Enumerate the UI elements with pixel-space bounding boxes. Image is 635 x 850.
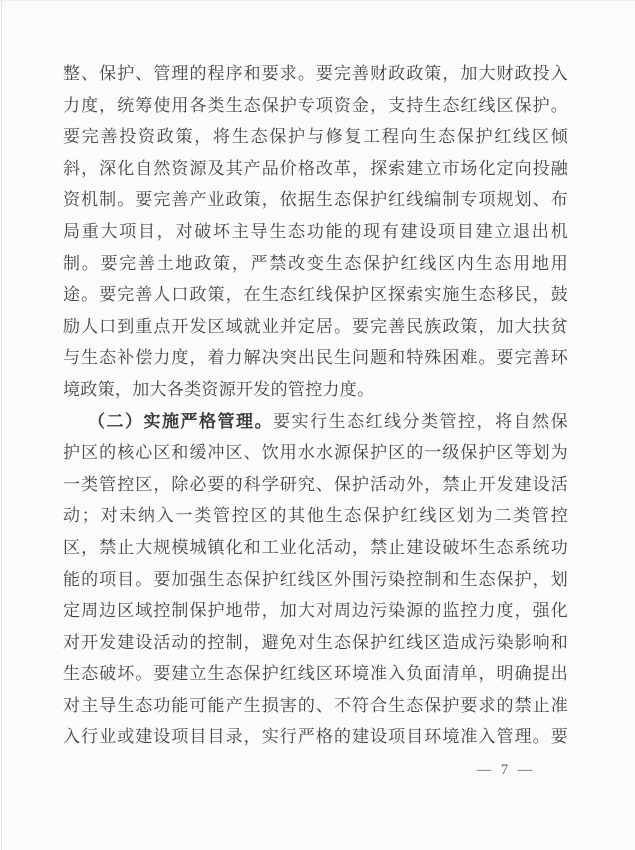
text-line: 动；对未纳入一类管控区的其他生态保护红线区划为二类管控	[63, 500, 568, 532]
text-line: 入行业或建设项目目录，实行严格的建设项目环境准入管理。要	[63, 721, 568, 753]
text-line: 励人口到重点开发区域就业并定居。要完善民族政策，加大扶贫	[63, 311, 568, 343]
text-line: 制。要完善土地政策，严禁改变生态保护红线区内生态用地用	[63, 248, 568, 280]
text-line: 斜，深化自然资源及其产品价格改革，探索建立市场化定向投融	[63, 153, 568, 185]
text-line: 力度，统筹使用各类生态保护专项资金，支持生态红线区保护。	[63, 90, 568, 122]
section-heading-line: （二）实施严格管理。要实行生态红线分类管控，将自然保	[63, 406, 568, 438]
text-line: 对主导生态功能可能产生损害的、不符合生态保护要求的禁止准	[63, 690, 568, 722]
text-run: 要实行生态红线分类管控，将自然保	[273, 412, 568, 431]
text-line: 对开发建设活动的控制，避免对生态保护红线区造成污染影响和	[63, 627, 568, 659]
text-line: 途。要完善人口政策，在生态红线保护区探索实施生态移民，鼓	[63, 279, 568, 311]
scanned-document-page: 整、保护、管理的程序和要求。要完善财政政策，加大财政投入 力度，统筹使用各类生态…	[0, 0, 635, 850]
scan-edge-top-line	[0, 0, 635, 1]
text-line: 境政策，加大各类资源开发的管控力度。	[63, 374, 568, 406]
body-text-block: 整、保护、管理的程序和要求。要完善财政政策，加大财政投入 力度，统筹使用各类生态…	[63, 58, 568, 753]
text-line: 生态破坏。要建立生态保护红线区环境准入负面清单，明确提出	[63, 658, 568, 690]
text-line: 整、保护、管理的程序和要求。要完善财政政策，加大财政投入	[63, 58, 568, 90]
text-line: 一类管控区，除必要的科学研究、保护活动外，禁止开发建设活	[63, 469, 568, 501]
page-number: — 7 —	[468, 760, 544, 780]
text-line: 能的项目。要加强生态保护红线区外围污染控制和生态保护，划	[63, 564, 568, 596]
text-line: 资机制。要完善产业政策，依据生态保护红线编制专项规划、布	[63, 184, 568, 216]
text-line: 要完善投资政策，将生态保护与修复工程向生态保护红线区倾	[63, 121, 568, 153]
text-line: 局重大项目，对破坏主导生态功能的现有建设项目建立退出机	[63, 216, 568, 248]
text-line: 定周边区域控制保护地带，加大对周边污染源的监控力度，强化	[63, 595, 568, 627]
text-line: 与生态补偿力度，着力解决突出民生问题和特殊困难。要完善环	[63, 342, 568, 374]
text-line: 护区的核心区和缓冲区、饮用水水源保护区的一级保护区等划为	[63, 437, 568, 469]
text-line: 区，禁止大规模城镇化和工业化活动，禁止建设破坏生态系统功	[63, 532, 568, 564]
section-heading: （二）实施严格管理。	[88, 412, 273, 431]
scan-edge-line	[1, 0, 2, 850]
